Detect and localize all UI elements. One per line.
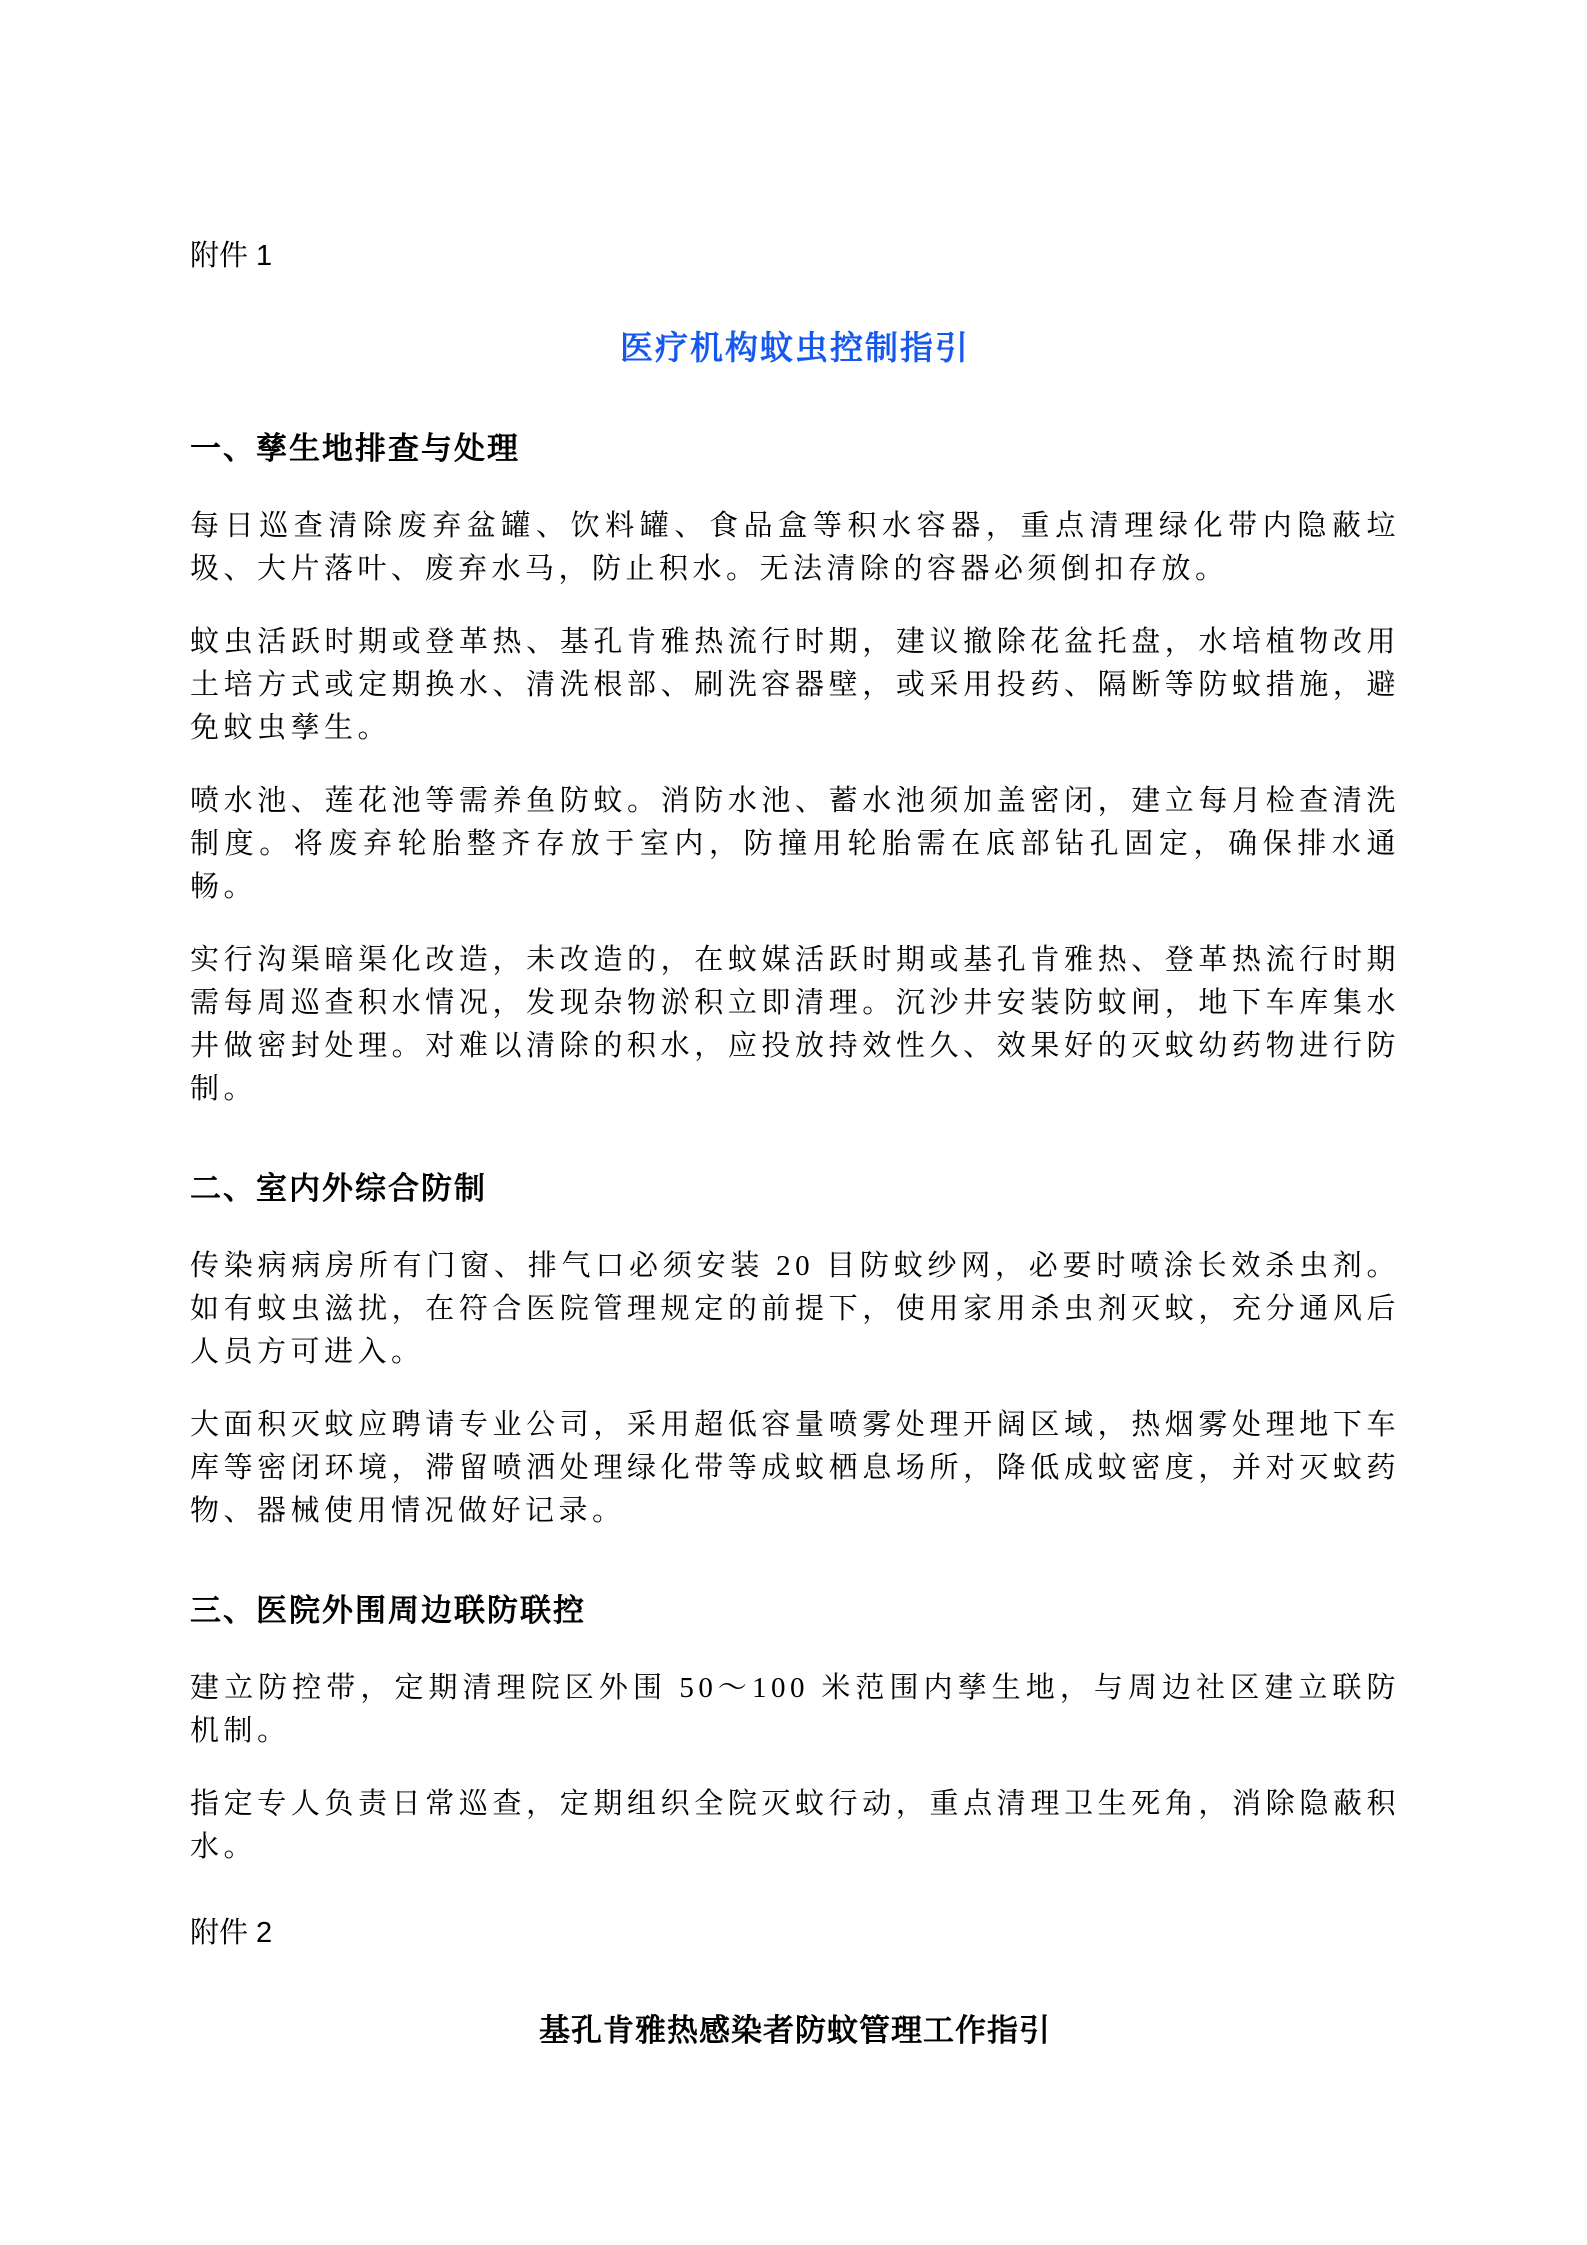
document-content: 附件 1 医疗机构蚊虫控制指引 一、孳生地排查与处理 每日巡查清除废弃盆罐、饮料… xyxy=(190,0,1400,2051)
section-3-paragraph-1: 建立防控带，定期清理院区外围 50～100 米范围内孳生地，与周边社区建立联防机… xyxy=(190,1667,1400,1753)
section-2-paragraph-1: 传染病病房所有门窗、排气口必须安装 20 目防蚊纱网，必要时喷涂长效杀虫剂。如有… xyxy=(190,1245,1400,1374)
section-1-heading: 一、孳生地排查与处理 xyxy=(190,429,1400,469)
document-page: 附件 1 医疗机构蚊虫控制指引 一、孳生地排查与处理 每日巡查清除废弃盆罐、饮料… xyxy=(0,0,1587,2245)
doc2-title: 基孔肯雅热感染者防蚊管理工作指引 xyxy=(190,2011,1400,2051)
section-1-paragraph-1: 每日巡查清除废弃盆罐、饮料罐、食品盒等积水容器，重点清理绿化带内隐蔽垃圾、大片落… xyxy=(190,505,1400,591)
section-2-paragraph-2: 大面积灭蚊应聘请专业公司，采用超低容量喷雾处理开阔区域，热烟雾处理地下车库等密闭… xyxy=(190,1404,1400,1533)
doc1-title: 医疗机构蚊虫控制指引 xyxy=(190,328,1400,371)
section-3-heading: 三、医院外围周边联防联控 xyxy=(190,1591,1400,1631)
attachment-1-label: 附件 1 xyxy=(190,238,1400,276)
section-3-paragraph-2: 指定专人负责日常巡查，定期组织全院灭蚊行动，重点清理卫生死角，消除隐蔽积水。 xyxy=(190,1783,1400,1869)
section-2-heading: 二、室内外综合防制 xyxy=(190,1169,1400,1209)
attachment-2-label: 附件 2 xyxy=(190,1915,1400,1953)
section-1-paragraph-4: 实行沟渠暗渠化改造，未改造的，在蚊媒活跃时期或基孔肯雅热、登革热流行时期需每周巡… xyxy=(190,939,1400,1111)
section-1-paragraph-3: 喷水池、莲花池等需养鱼防蚊。消防水池、蓄水池须加盖密闭，建立每月检查清洗制度。将… xyxy=(190,780,1400,909)
section-1-paragraph-2: 蚊虫活跃时期或登革热、基孔肯雅热流行时期，建议撤除花盆托盘，水培植物改用土培方式… xyxy=(190,621,1400,750)
